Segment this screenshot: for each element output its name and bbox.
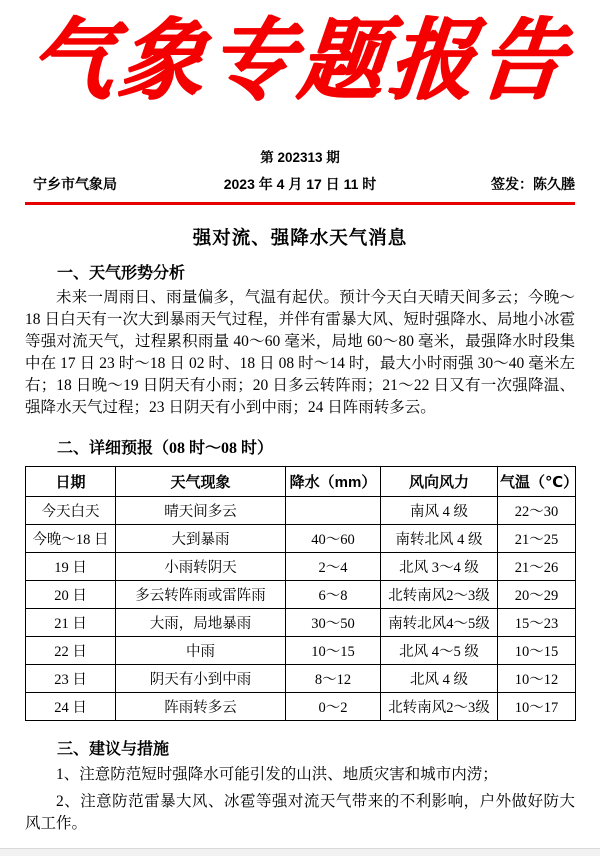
cell-precipitation: 30～50 xyxy=(286,609,381,637)
cell-precipitation: 40～60 xyxy=(286,525,381,553)
cell-weather: 大到暴雨 xyxy=(116,525,286,553)
table-row: 24 日 阵雨转多云 0～2 北转南风2～3级 10～17 xyxy=(26,693,576,721)
table-row: 今天白天 晴天间多云 南风 4 级 22～30 xyxy=(26,497,576,525)
section-heading-analysis: 一、天气形势分析 xyxy=(25,260,575,283)
cell-wind: 南风 4 级 xyxy=(381,497,498,525)
column-header-weather: 天气现象 xyxy=(116,467,286,497)
cell-temperature: 10～15 xyxy=(498,637,576,665)
cell-weather: 阵雨转多云 xyxy=(116,693,286,721)
cell-date: 23 日 xyxy=(26,665,116,693)
cell-weather: 多云转阵雨或雷阵雨 xyxy=(116,581,286,609)
advice-item-1: 1、注意防范短时强降水可能引发的山洪、地质灾害和城市内涝； xyxy=(25,764,575,786)
table-row: 22 日 中雨 10～15 北风 4～5 级 10～15 xyxy=(26,637,576,665)
column-header-precipitation: 降水（mm） xyxy=(286,467,381,497)
cell-precipitation: 6～8 xyxy=(286,581,381,609)
cell-wind: 北风 3～4 级 xyxy=(381,553,498,581)
window-bottom-edge xyxy=(0,848,600,856)
red-divider xyxy=(25,202,575,205)
header-meta-row: 宁乡市气象局 2023 年 4 月 17 日 11 时 签发：陈久塍 xyxy=(25,174,575,194)
forecast-table: 日期 天气现象 降水（mm） 风向风力 气温（℃） 今天白天 晴天间多云 南风 … xyxy=(25,466,576,721)
cell-temperature: 15～23 xyxy=(498,609,576,637)
advice-item-2: 2、注意防范雷暴大风、冰雹等强对流天气带来的不利影响，户外做好防大风工作。 xyxy=(25,791,575,835)
table-row: 23 日 阴天有小到中雨 8～12 北风 4 级 10～12 xyxy=(26,665,576,693)
cell-date: 今晚～18 日 xyxy=(26,525,116,553)
cell-date: 24 日 xyxy=(26,693,116,721)
column-header-temperature: 气温（℃） xyxy=(498,467,576,497)
cell-precipitation: 8～12 xyxy=(286,665,381,693)
masthead: 气象专题报告 xyxy=(0,0,600,138)
issue-number: 第 202313 期 xyxy=(0,146,600,166)
report-page: 气象专题报告 第 202313 期 宁乡市气象局 2023 年 4 月 17 日… xyxy=(0,0,600,856)
cell-temperature: 22～30 xyxy=(498,497,576,525)
cell-weather: 大雨，局地暴雨 xyxy=(116,609,286,637)
table-row: 今晚～18 日 大到暴雨 40～60 南转北风 4 级 21～25 xyxy=(26,525,576,553)
cell-wind: 北转南风2～3级 xyxy=(381,693,498,721)
cell-date: 20 日 xyxy=(26,581,116,609)
table-row: 20 日 多云转阵雨或雷阵雨 6～8 北转南风2～3级 20～29 xyxy=(26,581,576,609)
column-header-wind: 风向风力 xyxy=(381,467,498,497)
cell-date: 21 日 xyxy=(26,609,116,637)
cell-wind: 北风 4～5 级 xyxy=(381,637,498,665)
issuer-signature: 签发：陈久塍 xyxy=(491,174,575,194)
cell-temperature: 21～25 xyxy=(498,525,576,553)
cell-wind: 南转北风 4 级 xyxy=(381,525,498,553)
cell-temperature: 10～17 xyxy=(498,693,576,721)
cell-precipitation: 0～2 xyxy=(286,693,381,721)
section-heading-forecast: 二、详细预报（08 时～08 时） xyxy=(25,435,575,458)
report-title: 强对流、强降水天气消息 xyxy=(0,224,600,250)
table-row: 21 日 大雨，局地暴雨 30～50 南转北风4～5级 15～23 xyxy=(26,609,576,637)
analysis-paragraph: 未来一周雨日、雨量偏多，气温有起伏。预计今天白天晴天间多云；今晚～18 日白天有… xyxy=(25,287,575,419)
cell-weather: 阴天有小到中雨 xyxy=(116,665,286,693)
cell-precipitation: 2～4 xyxy=(286,553,381,581)
section-heading-advice: 三、建议与措施 xyxy=(25,736,575,759)
column-header-date: 日期 xyxy=(26,467,116,497)
cell-weather: 晴天间多云 xyxy=(116,497,286,525)
cell-date: 19 日 xyxy=(26,553,116,581)
cell-weather: 小雨转阴天 xyxy=(116,553,286,581)
cell-date: 今天白天 xyxy=(26,497,116,525)
cell-date: 22 日 xyxy=(26,637,116,665)
table-row: 19 日 小雨转阴天 2～4 北风 3～4 级 21～26 xyxy=(26,553,576,581)
cell-wind: 北转南风2～3级 xyxy=(381,581,498,609)
cell-wind: 南转北风4～5级 xyxy=(381,609,498,637)
masthead-title: 气象专题报告 xyxy=(23,0,576,125)
cell-precipitation: 10～15 xyxy=(286,637,381,665)
cell-temperature: 21～26 xyxy=(498,553,576,581)
cell-weather: 中雨 xyxy=(116,637,286,665)
cell-precipitation xyxy=(286,497,381,525)
cell-temperature: 20～29 xyxy=(498,581,576,609)
cell-temperature: 10～12 xyxy=(498,665,576,693)
cell-wind: 北风 4 级 xyxy=(381,665,498,693)
table-header-row: 日期 天气现象 降水（mm） 风向风力 气温（℃） xyxy=(26,467,576,497)
